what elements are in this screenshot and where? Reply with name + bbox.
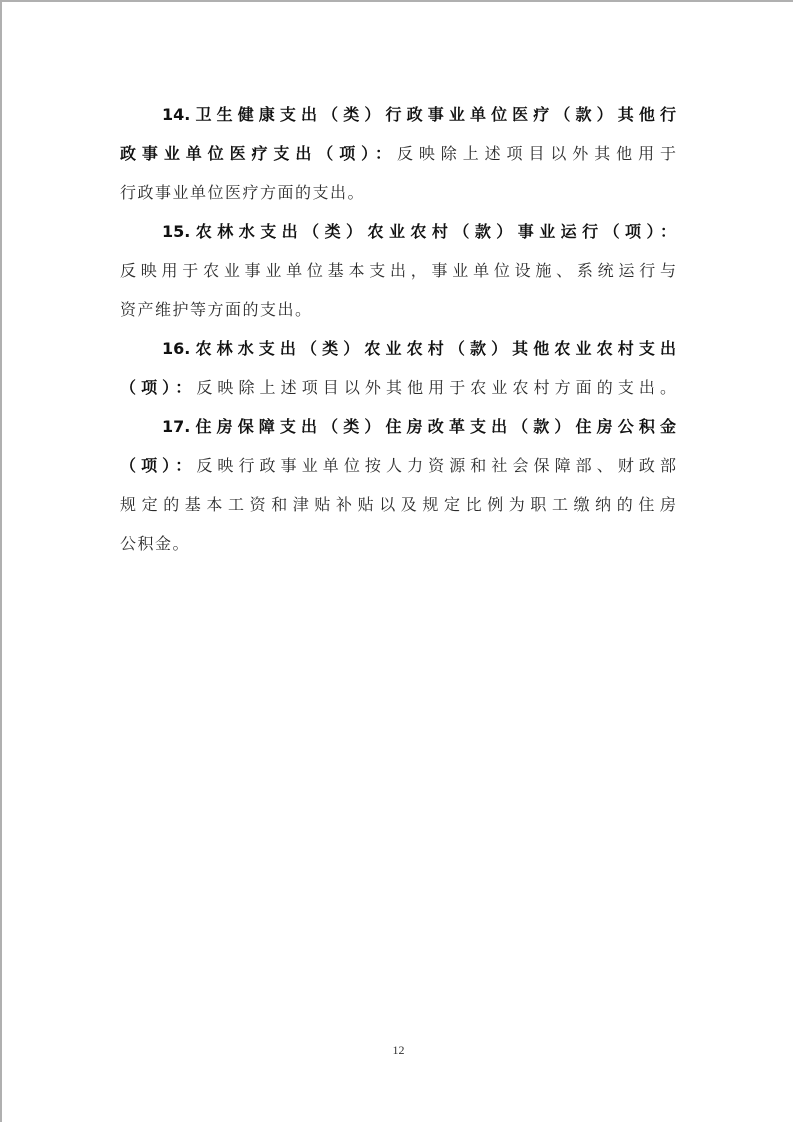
section-description: 反映除上述项目以外其他用于农业农村方面的支出。 [196, 378, 676, 397]
section-description: 反映除上述项目以外其他用于 [397, 144, 676, 163]
section-heading: 16.农林水支出（类）农业农村（款）其他农业农村支出 [162, 339, 676, 358]
section-17-line-4: 公积金。 [120, 531, 676, 570]
section-heading: （项）： [120, 378, 196, 397]
section-description: 规定的基本工资和津贴补贴以及规定比例为职工缴纳的住房 [120, 495, 676, 514]
section-17: 17.住房保障支出（类）住房改革支出（款）住房公积金 （项）：反映行政事业单位按… [120, 414, 676, 570]
section-14-line-1: 14.卫生健康支出（类）行政事业单位医疗（款）其他行 [120, 102, 676, 141]
section-heading: （项）： [120, 456, 196, 475]
section-description: 公积金。 [120, 534, 190, 553]
section-15-line-3: 资产维护等方面的支出。 [120, 297, 676, 336]
section-heading: 14.卫生健康支出（类）行政事业单位医疗（款）其他行 [162, 105, 676, 124]
section-14: 14.卫生健康支出（类）行政事业单位医疗（款）其他行 政事业单位医疗支出（项）：… [120, 102, 676, 219]
section-15: 15.农林水支出（类）农业农村（款）事业运行（项）： 反映用于农业事业单位基本支… [120, 219, 676, 336]
section-14-line-2: 政事业单位医疗支出（项）：反映除上述项目以外其他用于 [120, 141, 676, 180]
section-heading: 政事业单位医疗支出（项）： [120, 144, 397, 163]
section-14-line-3: 行政事业单位医疗方面的支出。 [120, 180, 676, 219]
section-16-line-2: （项）：反映除上述项目以外其他用于农业农村方面的支出。 [120, 375, 676, 414]
page-content: 14.卫生健康支出（类）行政事业单位医疗（款）其他行 政事业单位医疗支出（项）：… [120, 102, 676, 570]
section-heading: 15.农林水支出（类）农业农村（款）事业运行（项）： [162, 222, 676, 241]
section-17-line-2: （项）：反映行政事业单位按人力资源和社会保障部、财政部 [120, 453, 676, 492]
section-17-line-3: 规定的基本工资和津贴补贴以及规定比例为职工缴纳的住房 [120, 492, 676, 531]
section-description: 反映行政事业单位按人力资源和社会保障部、财政部 [196, 456, 676, 475]
section-16: 16.农林水支出（类）农业农村（款）其他农业农村支出 （项）：反映除上述项目以外… [120, 336, 676, 414]
document-page: 14.卫生健康支出（类）行政事业单位医疗（款）其他行 政事业单位医疗支出（项）：… [0, 0, 793, 1122]
section-description: 行政事业单位医疗方面的支出。 [120, 183, 365, 202]
section-17-line-1: 17.住房保障支出（类）住房改革支出（款）住房公积金 [120, 414, 676, 453]
section-15-line-2: 反映用于农业事业单位基本支出，事业单位设施、系统运行与 [120, 258, 676, 297]
page-number: 12 [2, 1043, 793, 1058]
section-15-line-1: 15.农林水支出（类）农业农村（款）事业运行（项）： [120, 219, 676, 258]
section-heading: 17.住房保障支出（类）住房改革支出（款）住房公积金 [162, 417, 676, 436]
section-16-line-1: 16.农林水支出（类）农业农村（款）其他农业农村支出 [120, 336, 676, 375]
section-description: 反映用于农业事业单位基本支出，事业单位设施、系统运行与 [120, 261, 676, 280]
section-description: 资产维护等方面的支出。 [120, 300, 313, 319]
